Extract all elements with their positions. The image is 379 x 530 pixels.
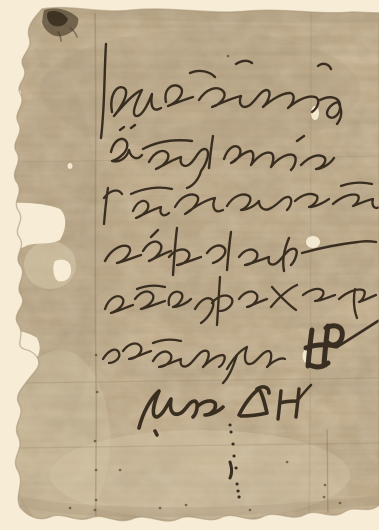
papyrus-fragment-graphic xyxy=(0,0,379,530)
manuscript-photo xyxy=(0,0,379,530)
